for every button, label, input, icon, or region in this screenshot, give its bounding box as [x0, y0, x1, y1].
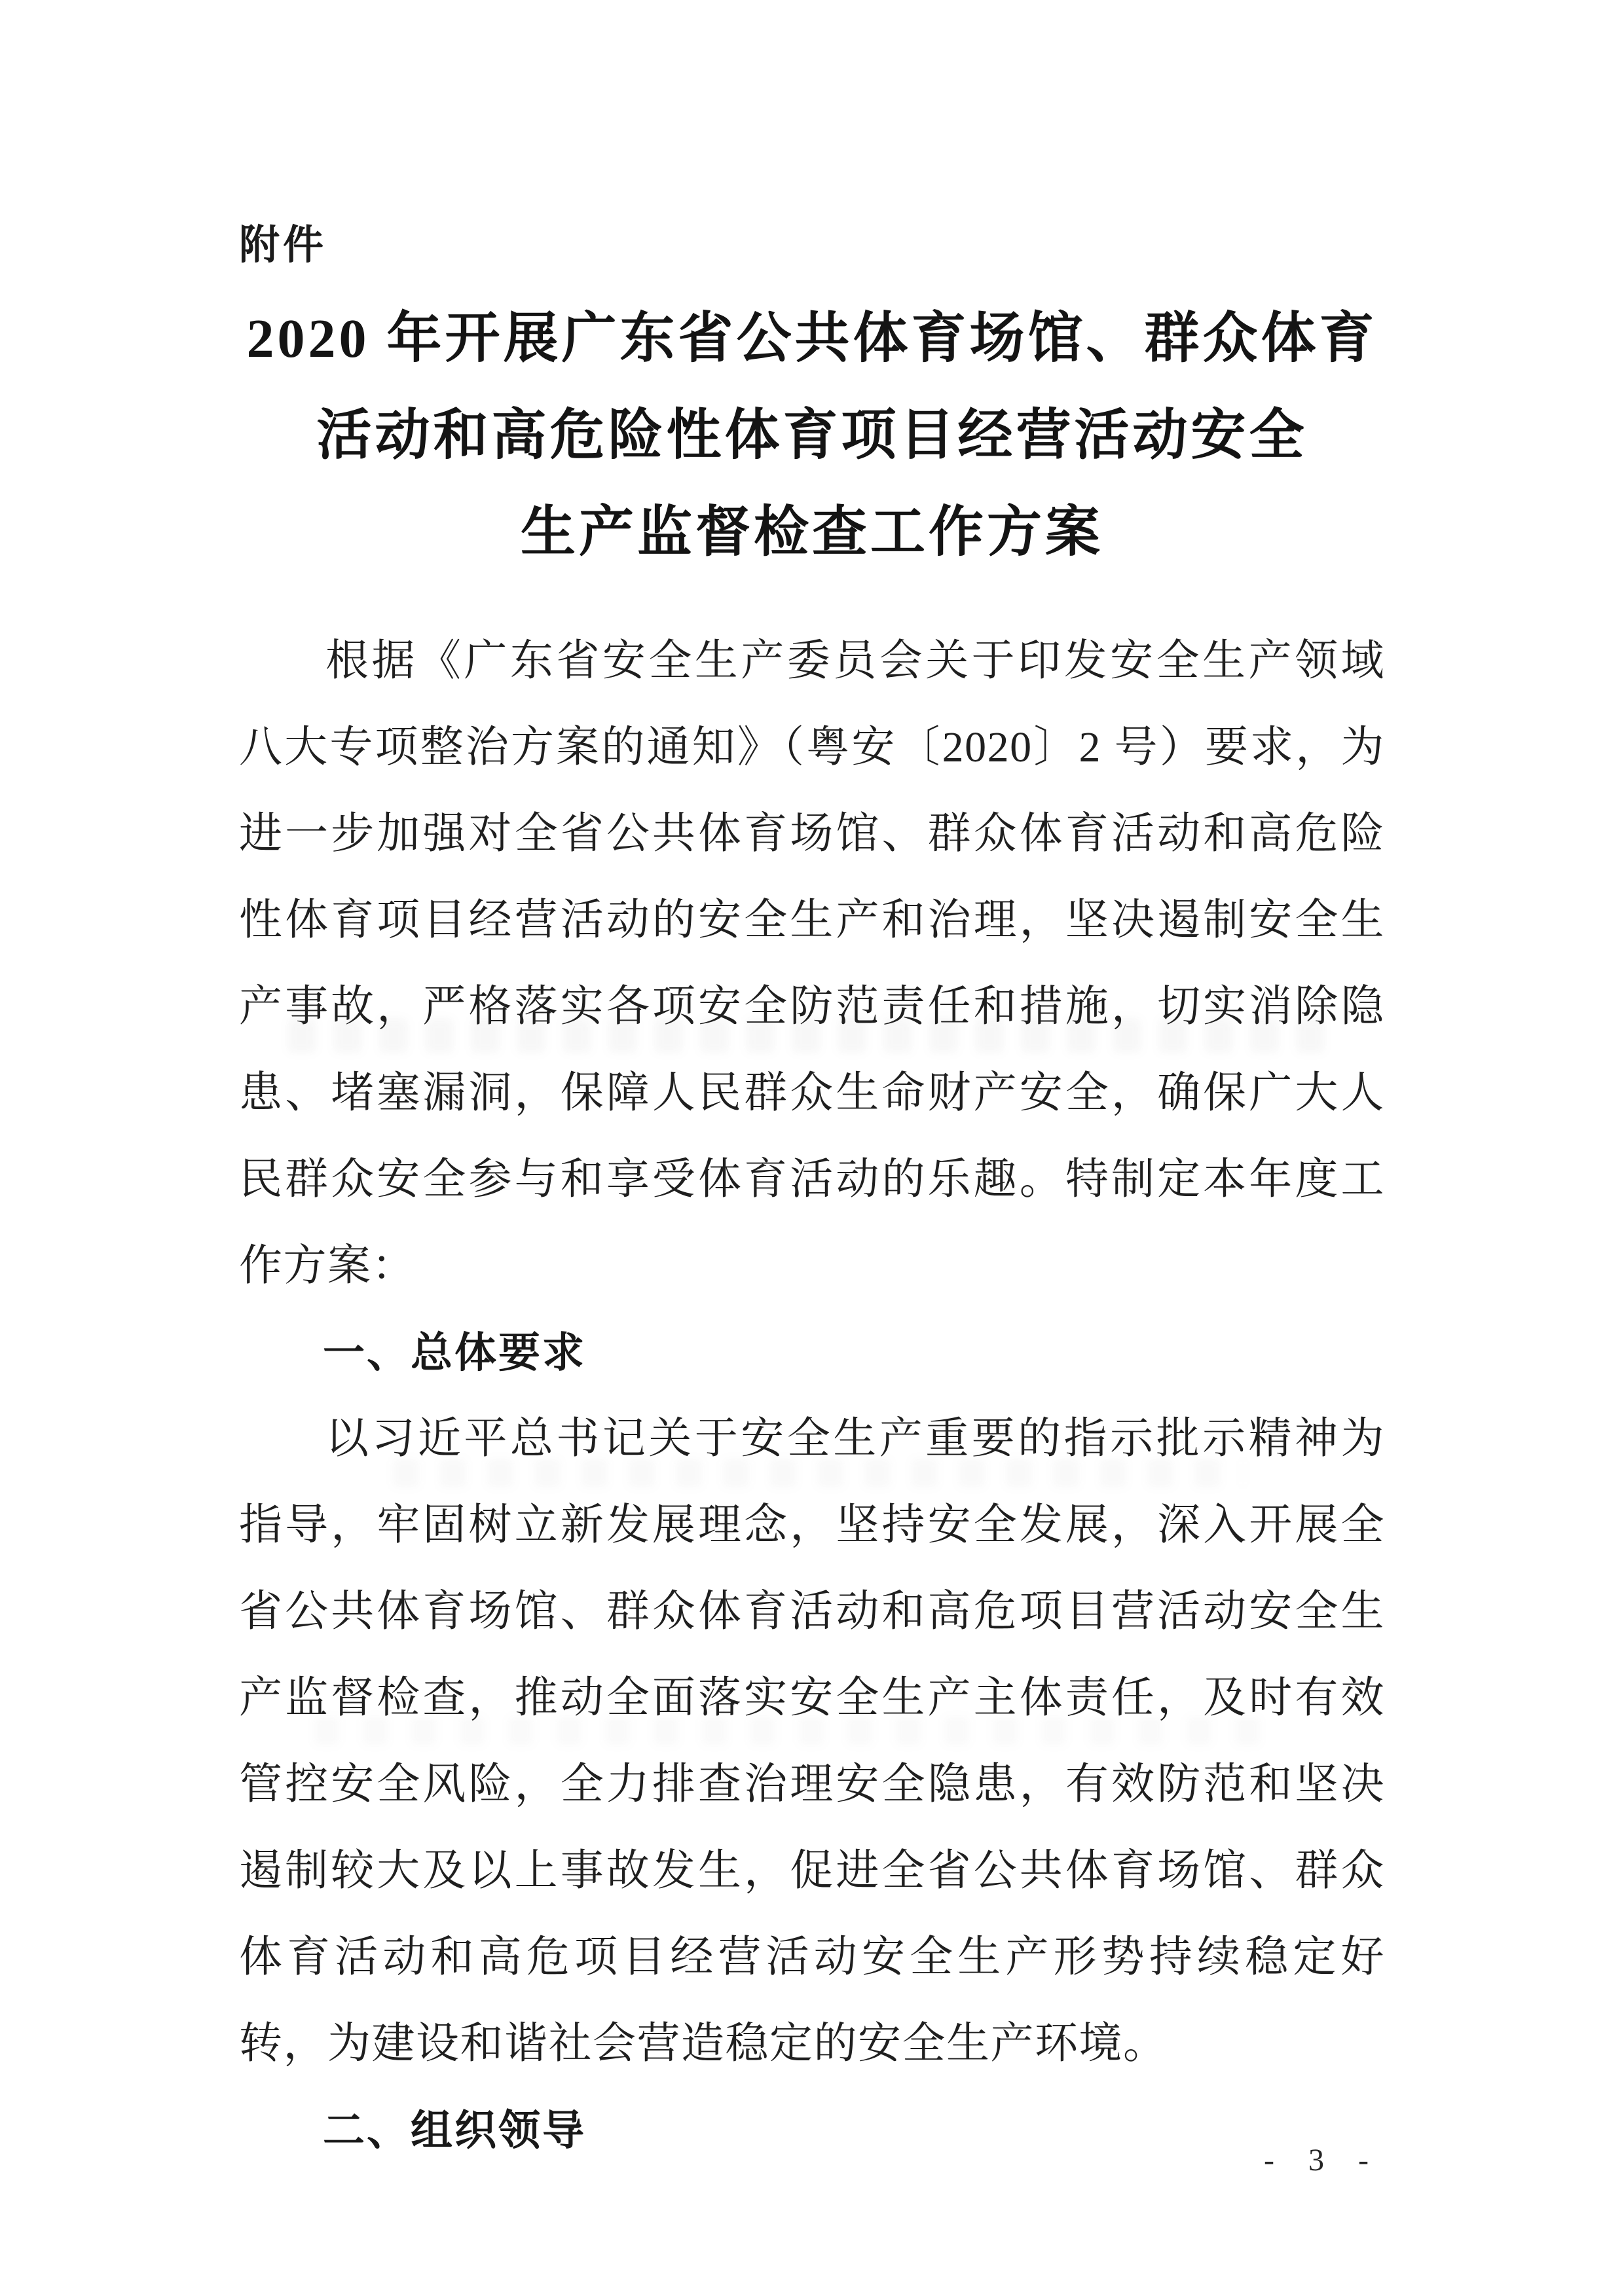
document-title: 2020 年开展广东省公共体育场馆、群众体育 活动和高危险性体育项目经营活动安全… — [239, 291, 1385, 581]
body-paragraph-1: 根据《广东省安全生产委员会关于印发安全生产领域八大专项整治方案的通知》（粤安〔2… — [239, 618, 1385, 1309]
page-number: - 3 - — [1264, 2142, 1378, 2178]
title-line-2: 活动和高危险性体育项目经营活动安全 — [239, 388, 1385, 484]
title-line-3: 生产监督检查工作方案 — [239, 484, 1385, 581]
attachment-label: 附件 — [239, 217, 1385, 274]
section-heading-2: 二、组织领导 — [239, 2087, 1385, 2174]
document-page: 附件 2020 年开展广东省公共体育场馆、群众体育 活动和高危险性体育项目经营活… — [0, 0, 1624, 2296]
body-paragraph-2: 以习近平总书记关于安全生产重要的指示批示精神为指导，牢固树立新发展理念，坚持安全… — [239, 1396, 1385, 2087]
section-heading-1: 一、总体要求 — [239, 1309, 1385, 1396]
document-body: 根据《广东省安全生产委员会关于印发安全生产领域八大专项整治方案的通知》（粤安〔2… — [239, 618, 1385, 2174]
title-line-1: 2020 年开展广东省公共体育场馆、群众体育 — [239, 291, 1385, 388]
